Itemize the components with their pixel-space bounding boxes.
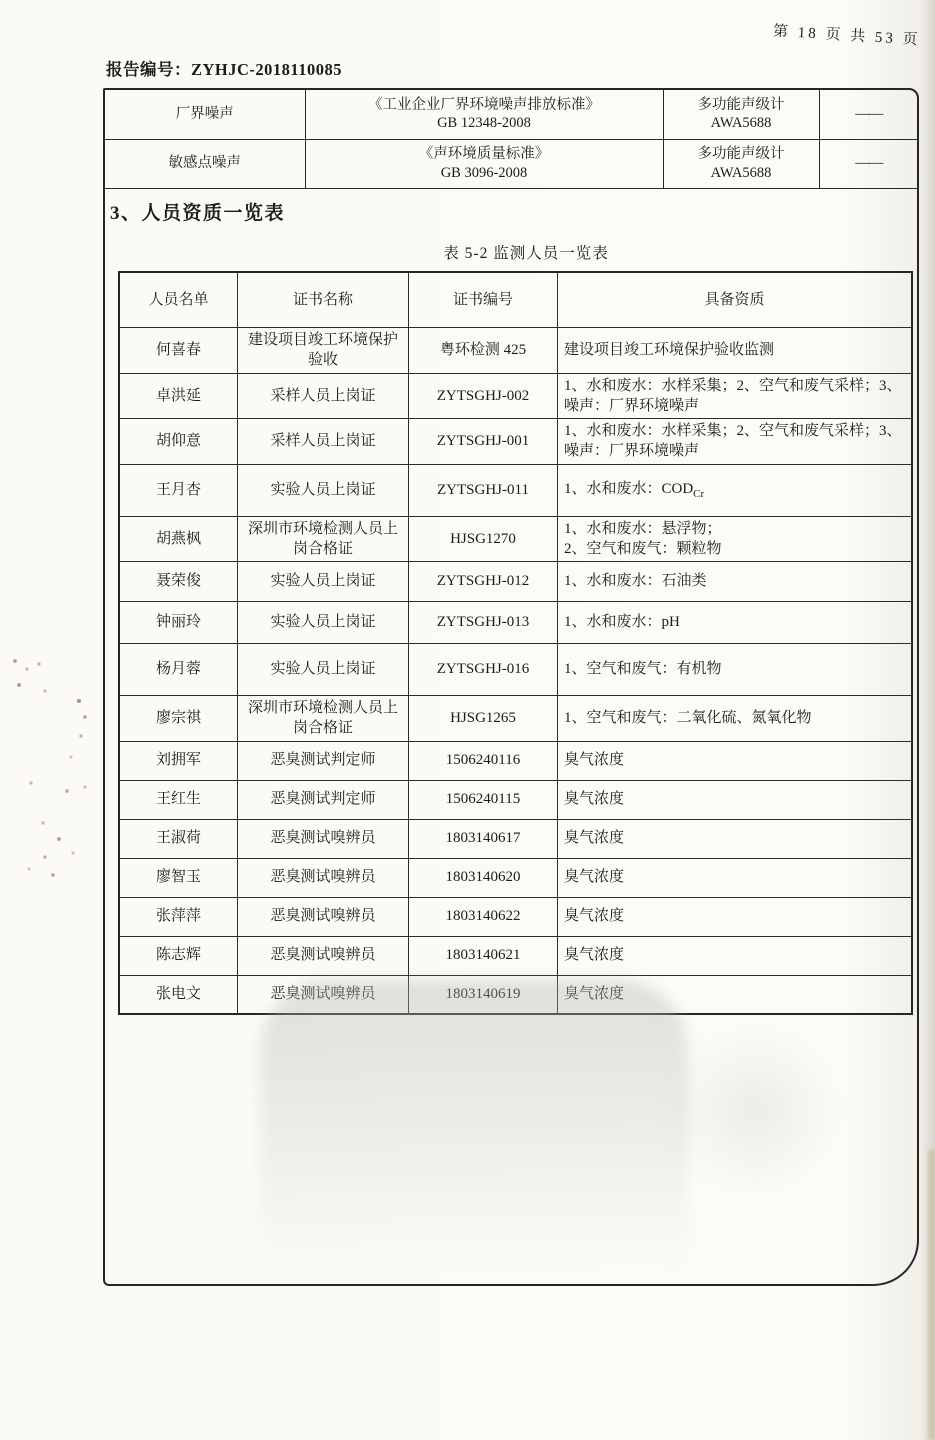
- margin-ink-speckles: [0, 0, 2, 2]
- cert-no-cell: ZYTSGHJ-013: [409, 602, 558, 644]
- qualification-cell: 1、空气和废气：二氧化硫、氮氧化物: [558, 696, 913, 742]
- cert-name-cell: 恶臭测试判定师: [238, 780, 409, 819]
- cert-no-cell: 1803140619: [409, 975, 558, 1014]
- noise-item-cell: 厂界噪声: [105, 90, 305, 139]
- cert-no-cell: ZYTSGHJ-012: [409, 562, 558, 602]
- qualification-cell: 臭气浓度: [558, 780, 913, 819]
- cert-name-cell: 深圳市环境检测人员上岗合格证: [238, 696, 409, 742]
- cert-name-cell: 深圳市环境检测人员上岗合格证: [238, 516, 409, 562]
- qualification-text: 臭气浓度: [564, 869, 624, 885]
- qualification-text: 臭气浓度: [564, 791, 624, 807]
- cert-name-cell: 采样人员上岗证: [238, 373, 409, 419]
- qualification-cell: 1、空气和废气：有机物: [558, 644, 913, 696]
- standard-name: 《声环境质量标准》: [310, 145, 659, 164]
- qualification-cell: 1、水和废水：悬浮物； 2、空气和废气：颗粒物: [558, 516, 913, 562]
- person-name-cell: 王红生: [119, 780, 238, 819]
- monitoring-instrument-table: 厂界噪声 《工业企业厂界环境噪声排放标准》 GB 12348-2008 多功能声…: [105, 90, 917, 189]
- header-person-name: 人员名单: [119, 272, 238, 328]
- qualification-text: 1、水和废水：悬浮物； 2、空气和废气：颗粒物: [564, 521, 722, 557]
- personnel-row: 张萍萍 恶臭测试嗅辨员 1803140622 臭气浓度: [119, 897, 912, 936]
- personnel-row: 王月杏 实验人员上岗证 ZYTSGHJ-011 1、水和废水：CODCr: [119, 464, 912, 516]
- qualification-text: 建设项目竣工环境保护验收监测: [564, 342, 774, 358]
- person-name-cell: 廖宗祺: [119, 696, 238, 742]
- cert-name-cell: 实验人员上岗证: [238, 602, 409, 644]
- person-name-cell: 聂荣俊: [119, 562, 238, 602]
- qualification-text: 1、水和废水：水样采集；2、空气和废气采样；3、噪声：厂界环境噪声: [564, 423, 902, 459]
- qualification-subscript: Cr: [693, 488, 704, 500]
- noise-item-cell: 敏感点噪声: [105, 139, 305, 188]
- cert-name-cell: 实验人员上岗证: [238, 644, 409, 696]
- qualification-text: 臭气浓度: [564, 986, 624, 1002]
- cert-name-cell: 恶臭测试嗅辨员: [238, 858, 409, 897]
- personnel-table: 人员名单 证书名称 证书编号 具备资质 何喜春 建设项目竣工环境保护验收 粤环检…: [118, 271, 913, 1016]
- cert-name-cell: 建设项目竣工环境保护验收: [238, 328, 409, 374]
- person-name-cell: 张电文: [119, 975, 238, 1014]
- qualification-cell: 1、水和废水：CODCr: [558, 464, 913, 516]
- cert-name-cell: 恶臭测试嗅辨员: [238, 819, 409, 858]
- cert-name-cell: 采样人员上岗证: [238, 419, 409, 465]
- cert-no-cell: 1506240116: [409, 741, 558, 780]
- personnel-row: 胡燕枫 深圳市环境检测人员上岗合格证 HJSG1270 1、水和废水：悬浮物； …: [119, 516, 912, 562]
- cert-no-cell: 粤环检测 425: [409, 328, 558, 374]
- header-cert-no: 证书编号: [409, 272, 558, 328]
- qualification-cell: 臭气浓度: [558, 897, 913, 936]
- cert-no-cell: 1803140622: [409, 897, 558, 936]
- person-name-cell: 刘拥军: [119, 741, 238, 780]
- personnel-row: 王红生 恶臭测试判定师 1506240115 臭气浓度: [119, 780, 912, 819]
- person-name-cell: 廖智玉: [119, 858, 238, 897]
- personnel-row: 杨月蓉 实验人员上岗证 ZYTSGHJ-016 1、空气和废气：有机物: [119, 644, 912, 696]
- cert-name-cell: 恶臭测试判定师: [238, 741, 409, 780]
- personnel-row: 何喜春 建设项目竣工环境保护验收 粤环检测 425 建设项目竣工环境保护验收监测: [119, 328, 912, 374]
- cert-no-cell: ZYTSGHJ-001: [409, 419, 558, 465]
- person-name-cell: 王月杏: [119, 464, 238, 516]
- scan-edge-artifact: [928, 1150, 935, 1440]
- qualification-cell: 臭气浓度: [558, 975, 913, 1014]
- qualification-cell: 建设项目竣工环境保护验收监测: [558, 328, 913, 374]
- qualification-text: 臭气浓度: [564, 752, 624, 768]
- qualification-cell: 臭气浓度: [558, 858, 913, 897]
- person-name-cell: 杨月蓉: [119, 644, 238, 696]
- instrument-model: AWA5688: [668, 114, 815, 133]
- cert-no-cell: 1803140617: [409, 819, 558, 858]
- person-name-cell: 王淑荷: [119, 819, 238, 858]
- cert-no-cell: ZYTSGHJ-002: [409, 373, 558, 419]
- table-caption: 表 5-2 监测人员一览表: [135, 241, 917, 263]
- qualification-text: 臭气浓度: [564, 947, 624, 963]
- instrument-table-row: 厂界噪声 《工业企业厂界环境噪声排放标准》 GB 12348-2008 多功能声…: [105, 90, 917, 139]
- standard-cell: 《工业企业厂界环境噪声排放标准》 GB 12348-2008: [305, 90, 663, 139]
- personnel-row: 刘拥军 恶臭测试判定师 1506240116 臭气浓度: [119, 741, 912, 780]
- person-name-cell: 胡燕枫: [119, 516, 238, 562]
- standard-code: GB 12348-2008: [310, 114, 659, 133]
- person-name-cell: 钟丽玲: [119, 602, 238, 644]
- person-name-cell: 胡仰意: [119, 419, 238, 465]
- qualification-cell: 1、水和废水：水样采集；2、空气和废气采样；3、噪声：厂界环境噪声: [558, 373, 913, 419]
- cert-name-cell: 恶臭测试嗅辨员: [238, 897, 409, 936]
- bleedthrough-shadow: [260, 980, 688, 1276]
- page-frame: 厂界噪声 《工业企业厂界环境噪声排放标准》 GB 12348-2008 多功能声…: [103, 88, 919, 1286]
- cert-no-cell: HJSG1265: [409, 696, 558, 742]
- qualification-text: 1、空气和废气：二氧化硫、氮氧化物: [564, 710, 812, 726]
- personnel-row: 王淑荷 恶臭测试嗅辨员 1803140617 臭气浓度: [119, 819, 912, 858]
- cert-no-cell: 1803140620: [409, 858, 558, 897]
- personnel-row: 廖智玉 恶臭测试嗅辨员 1803140620 臭气浓度: [119, 858, 912, 897]
- cert-no-cell: ZYTSGHJ-016: [409, 644, 558, 696]
- qualification-cell: 臭气浓度: [558, 741, 913, 780]
- qualification-text: 1、水和废水：pH: [564, 614, 680, 630]
- person-name-cell: 张萍萍: [119, 897, 238, 936]
- qualification-cell: 1、水和废水：石油类: [558, 562, 913, 602]
- instrument-name: 多功能声级计: [668, 145, 815, 164]
- standard-code: GB 3096-2008: [310, 164, 659, 183]
- cert-name-cell: 实验人员上岗证: [238, 464, 409, 516]
- qualification-text: 臭气浓度: [564, 908, 624, 924]
- qualification-text: 1、水和废水：COD: [564, 481, 693, 497]
- instrument-table-row: 敏感点噪声 《声环境质量标准》 GB 3096-2008 多功能声级计 AWA5…: [105, 139, 917, 188]
- personnel-row: 廖宗祺 深圳市环境检测人员上岗合格证 HJSG1265 1、空气和废气：二氧化硫…: [119, 696, 912, 742]
- bleedthrough-shadow-right: [665, 1020, 845, 1200]
- standard-name: 《工业企业厂界环境噪声排放标准》: [310, 96, 659, 115]
- instrument-cell: 多功能声级计 AWA5688: [663, 139, 819, 188]
- result-dash-cell: ——: [819, 139, 917, 188]
- section-heading: 3、人员资质一览表: [110, 198, 917, 225]
- cert-name-cell: 实验人员上岗证: [238, 562, 409, 602]
- person-name-cell: 何喜春: [119, 328, 238, 374]
- header-cert-name: 证书名称: [238, 272, 409, 328]
- cert-no-cell: ZYTSGHJ-011: [409, 464, 558, 516]
- qualification-text: 臭气浓度: [564, 830, 624, 846]
- instrument-model: AWA5688: [668, 164, 815, 183]
- personnel-row: 胡仰意 采样人员上岗证 ZYTSGHJ-001 1、水和废水：水样采集；2、空气…: [119, 419, 912, 465]
- qualification-cell: 1、水和废水：水样采集；2、空气和废气采样；3、噪声：厂界环境噪声: [558, 419, 913, 465]
- cert-no-cell: 1506240115: [409, 780, 558, 819]
- standard-cell: 《声环境质量标准》 GB 3096-2008: [305, 139, 663, 188]
- report-number: 报告编号：ZYHJC-2018110085: [106, 56, 342, 80]
- person-name-cell: 陈志辉: [119, 936, 238, 975]
- qualification-cell: 臭气浓度: [558, 936, 913, 975]
- personnel-row: 钟丽玲 实验人员上岗证 ZYTSGHJ-013 1、水和废水：pH: [119, 602, 912, 644]
- instrument-name: 多功能声级计: [668, 96, 815, 115]
- cert-name-cell: 恶臭测试嗅辨员: [238, 936, 409, 975]
- qualification-text: 1、空气和废气：有机物: [564, 661, 722, 677]
- cert-name-cell: 恶臭测试嗅辨员: [238, 975, 409, 1014]
- qualification-text: 1、水和废水：水样采集；2、空气和废气采样；3、噪声：厂界环境噪声: [564, 378, 902, 414]
- personnel-row: 陈志辉 恶臭测试嗅辨员 1803140621 臭气浓度: [119, 936, 912, 975]
- report-number-value: ZYHJC-2018110085: [191, 60, 342, 79]
- header-qualification: 具备资质: [558, 272, 913, 328]
- report-number-label: 报告编号：: [106, 60, 191, 79]
- qualification-text: 1、水和废水：石油类: [564, 573, 707, 589]
- cert-no-cell: 1803140621: [409, 936, 558, 975]
- result-dash-cell: ——: [819, 90, 917, 139]
- personnel-row: 聂荣俊 实验人员上岗证 ZYTSGHJ-012 1、水和废水：石油类: [119, 562, 912, 602]
- page-indicator: 第 18 页 共 53 页: [773, 20, 922, 50]
- qualification-cell: 臭气浓度: [558, 819, 913, 858]
- person-name-cell: 卓洪延: [119, 373, 238, 419]
- cert-no-cell: HJSG1270: [409, 516, 558, 562]
- instrument-cell: 多功能声级计 AWA5688: [663, 90, 819, 139]
- personnel-row: 张电文 恶臭测试嗅辨员 1803140619 臭气浓度: [119, 975, 912, 1014]
- qualification-cell: 1、水和废水：pH: [558, 602, 913, 644]
- personnel-row: 卓洪延 采样人员上岗证 ZYTSGHJ-002 1、水和废水：水样采集；2、空气…: [119, 373, 912, 419]
- personnel-header-row: 人员名单 证书名称 证书编号 具备资质: [119, 272, 912, 328]
